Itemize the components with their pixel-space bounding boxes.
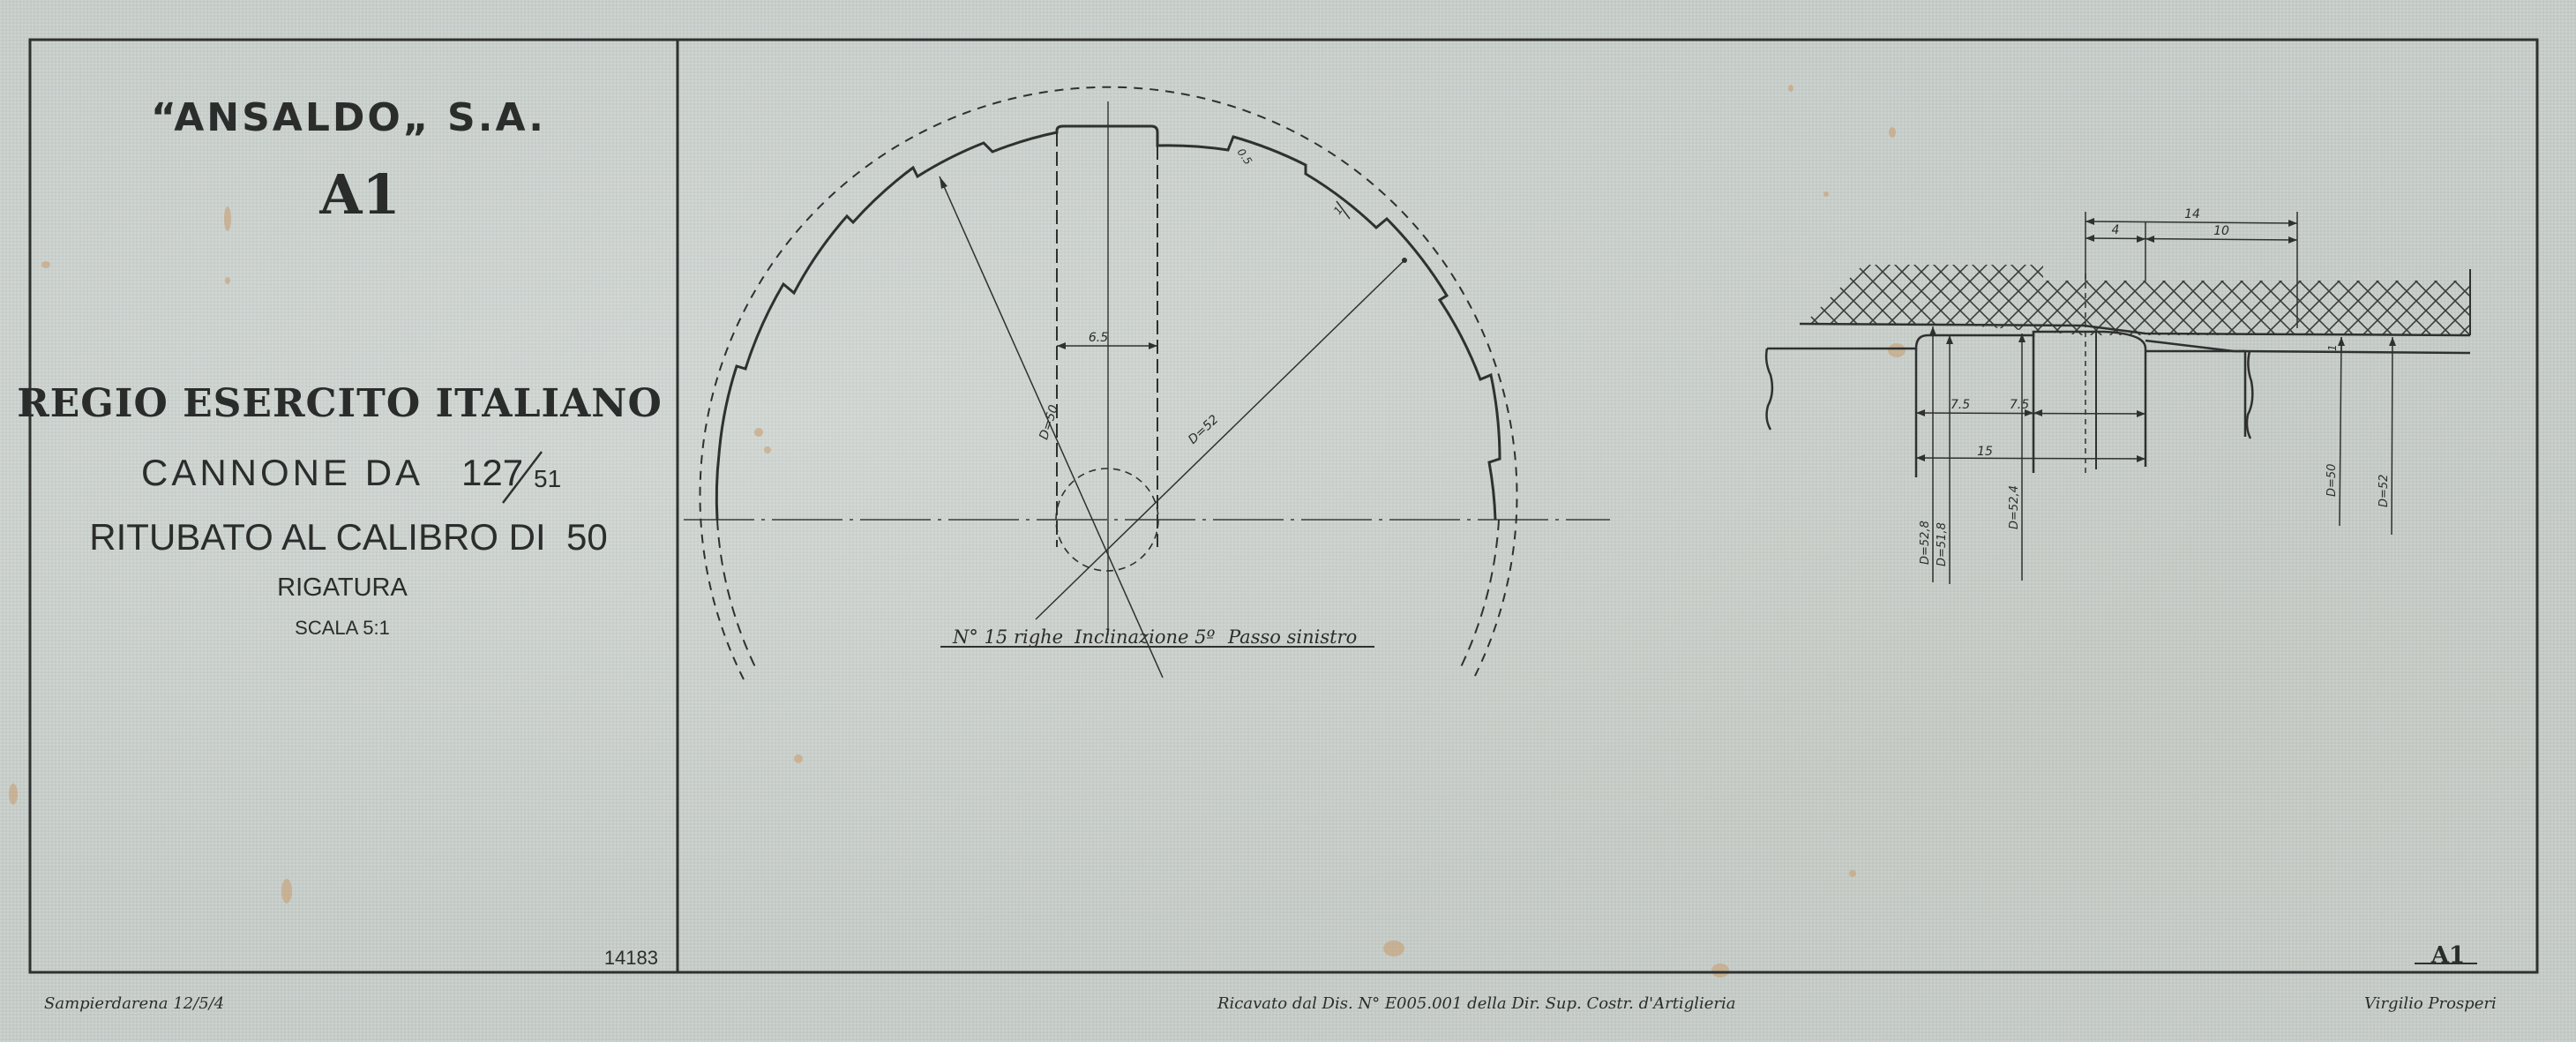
diameter-label-3: D=52,4 [2008,485,2021,529]
band-detail: 14 4 10 7.5 7.5 15 D=52,8 D=51,8 D=52,4 … [1766,207,2470,584]
bore-cross-section: 6.5 D=50 D=52 0.5 1 N° 15 righe Inclinaz… [684,87,1610,679]
dim-b: 10 [2213,224,2229,238]
gun-prefix: CANNONE DA [141,452,423,493]
dim-half-1: 7.5 [1951,398,1970,412]
groove-depth-label: 1 [1331,204,1345,216]
gun-length: 51 [534,465,561,492]
diameter-label-4: D=50 [2325,464,2339,497]
signature: Virgilio Prosperi [2364,994,2497,1013]
footer: Sampierdarena 12/5/4 Ricavato dal Dis. N… [44,942,2497,1013]
break-line-right [2247,351,2252,439]
slot-width-label: 6.5 [1089,331,1108,345]
corner-sheet-code: A1 [2430,942,2465,969]
retubed-line: RITUBATO AL CALIBRO DI 50 [89,516,607,558]
drawing-subject: RIGATURA [277,573,408,602]
dim-width: 15 [1977,445,1993,459]
break-line-left [1766,349,1772,430]
diameter-label-1: D=52,8 [1919,521,1932,565]
drawing-frame [30,40,2537,972]
drawing-number: 14183 [604,947,658,969]
groove-radius-label: 0.5 [1235,146,1254,168]
twist-direction: Passo sinistro [1227,626,1357,648]
rifling-profile [719,126,1500,520]
step-label: 1 [2326,344,2339,351]
place-date: Sampierdarena 12/5/4 [44,994,224,1013]
company-name: “ANSALDO„ S.A. [151,95,546,140]
twist-inclination: Inclinazione 5º [1074,626,1215,648]
army-title: REGIO ESERCITO ITALIANO [17,381,663,426]
diameter-label-2: D=51,8 [1936,522,1949,566]
gun-designation: CANNONE DA 127 51 [141,452,561,503]
drawing-sheet: “ANSALDO„ S.A. A1 REGIO ESERCITO ITALIAN… [0,0,2576,1042]
drawing-scale: SCALA 5:1 [295,617,390,639]
title-block: “ANSALDO„ S.A. A1 REGIO ESERCITO ITALIAN… [17,95,663,969]
outer-diameter-label: D=52 [1186,412,1221,446]
technical-drawing: “ANSALDO„ S.A. A1 REGIO ESERCITO ITALIAN… [0,0,2576,1042]
groove-count: N° 15 righe [952,626,1063,648]
diameter-label-5: D=52 [2378,475,2391,507]
sheet-code: A1 [318,162,400,227]
source-note: Ricavato dal Dis. N° E005.001 della Dir.… [1217,994,1735,1013]
dim-total: 14 [2184,207,2200,221]
dim-half-2: 7.5 [2010,398,2029,412]
inner-diameter-lower-arc [717,520,757,671]
rifling-caption: N° 15 righe Inclinazione 5º Passo sinist… [940,626,1374,648]
dim-a: 4 [2112,223,2120,237]
